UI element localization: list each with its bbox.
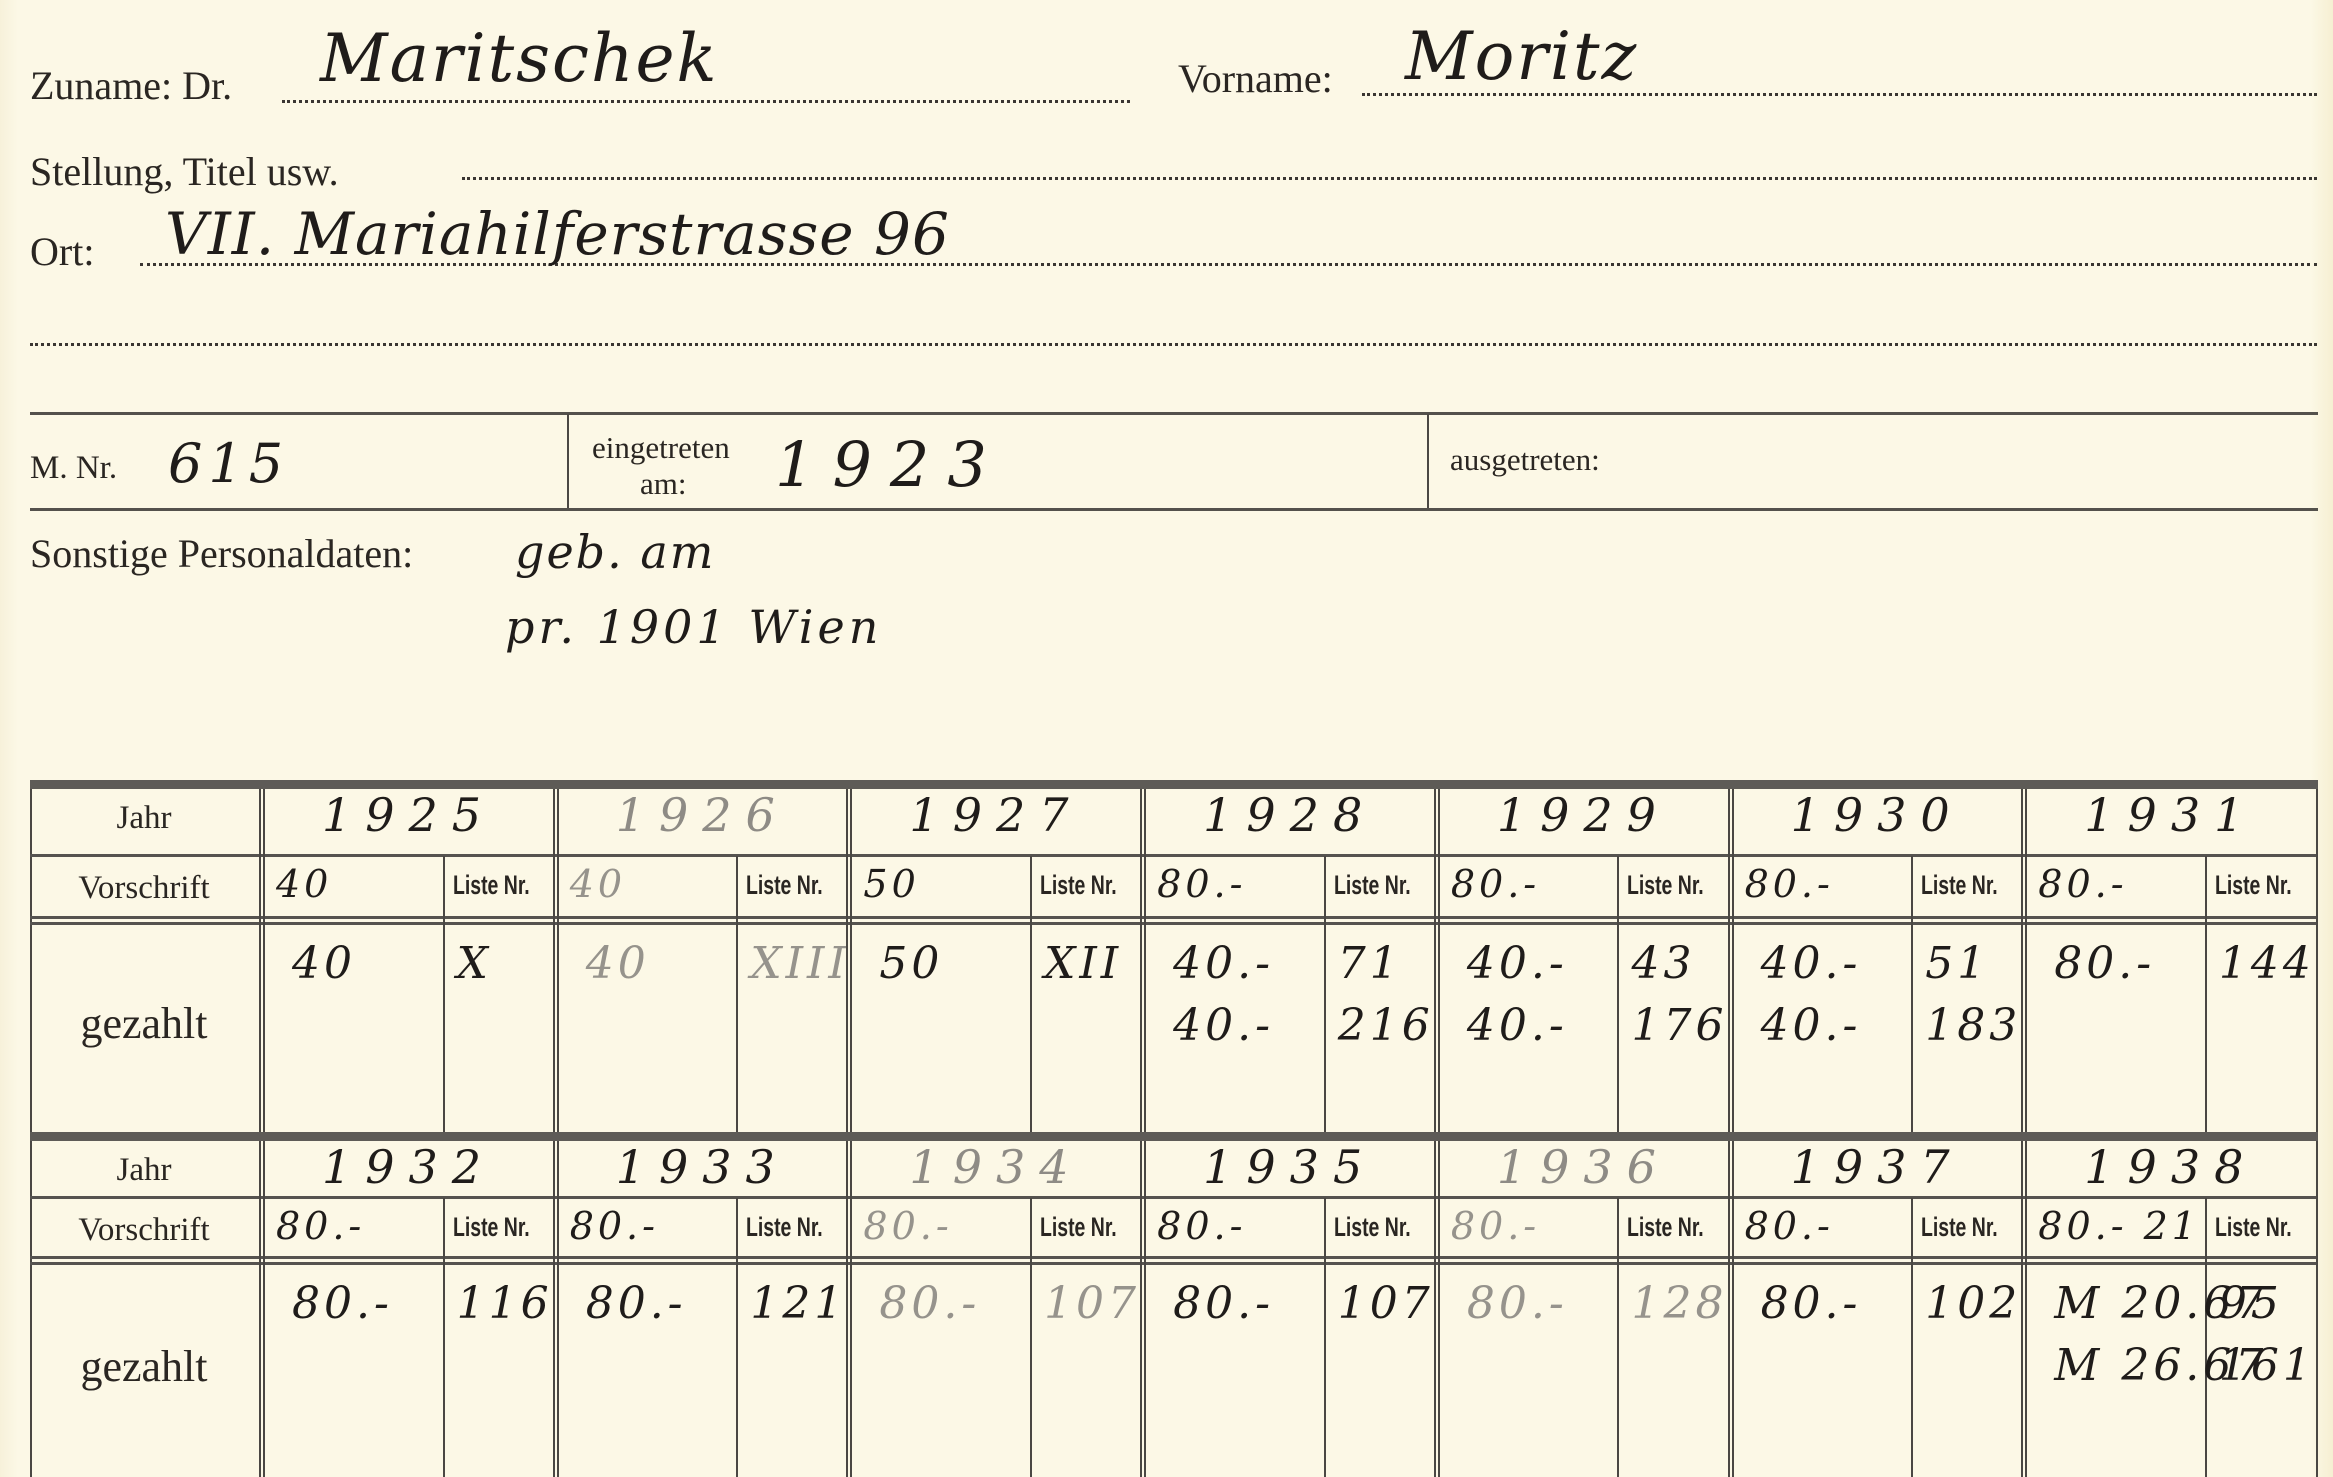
table-subcol-divider [1617,856,1619,1132]
list-no-value[interactable]: 51 [1925,938,1989,989]
table-subcol-divider [443,1198,445,1477]
member-no-label: M. Nr. [30,450,117,487]
list-no-header: Liste Nr. [1627,870,1704,901]
row-label-prescribed: Vorschrift [30,870,258,907]
table-col-divider [1434,1141,1440,1477]
joined-label: eingetreten [592,430,730,466]
table-subcol-divider [443,856,445,1132]
table-row-rule [30,1262,2318,1265]
list-no-value[interactable]: 216 [1338,1000,1434,1051]
prescribed-value[interactable]: 80.- [1157,1204,1246,1248]
table-right-border [2316,1141,2318,1477]
list-no-value[interactable]: 71 [1338,938,1402,989]
paid-value[interactable]: 80.- [586,1278,687,1329]
list-no-value[interactable]: XIII [750,938,849,989]
year-value[interactable]: 1927 [909,788,1082,842]
box-top-rule [30,412,2318,415]
table-subcol-divider [1030,1198,1032,1477]
year-value[interactable]: 1928 [1203,788,1376,842]
other-data-line2[interactable]: pr. 1901 Wien [505,600,882,654]
year-value[interactable]: 1938 [2084,1140,2257,1194]
table-col-divider [1728,1141,1734,1477]
place-label: Ort: [30,228,94,275]
table-col-divider [553,789,559,1132]
member-no-value[interactable]: 615 [168,432,289,495]
table-right-border [2316,789,2318,1132]
row-label-paid: gezahlt [30,1341,258,1392]
prescribed-value[interactable]: 80.- [1451,1204,1540,1248]
year-value[interactable]: 1934 [909,1140,1082,1194]
position-label: Stellung, Titel usw. [30,148,339,195]
blank-dotted-line [30,343,2317,346]
surname-value[interactable]: Maritschek [320,20,719,97]
year-value[interactable]: 1931 [2084,788,2257,842]
table-row-rule [30,916,2318,919]
table-row-rule [30,1256,2318,1259]
list-no-header: Liste Nr. [1040,1212,1117,1243]
table-col-divider [1140,1141,1146,1477]
table-col-divider [846,1141,852,1477]
year-value[interactable]: 1932 [322,1140,495,1194]
table-col-divider [846,789,852,1132]
list-no-value[interactable]: 95 [2219,1278,2283,1329]
list-no-value[interactable]: 116 [457,1278,553,1329]
paid-value[interactable]: 80.- [1761,1278,1862,1329]
table-subcol-divider [1911,1198,1913,1477]
position-dotted-line [462,177,2317,180]
list-no-value[interactable]: 107 [1338,1278,1434,1329]
paid-value[interactable]: 40.- [1467,938,1568,989]
list-no-value[interactable]: 43 [1631,938,1695,989]
table-row-rule [30,1196,2318,1199]
membership-index-card: Zuname: Dr. Maritschek Vorname: Moritz S… [0,0,2333,1477]
list-no-header: Liste Nr. [453,1212,530,1243]
paid-value[interactable]: 50 [879,938,943,989]
left-label: ausgetreten: [1450,442,1600,478]
row-label-paid: gezahlt [30,998,258,1049]
list-no-header: Liste Nr. [1921,1212,1998,1243]
joined-value[interactable]: 1923 [775,428,1005,501]
other-data-label: Sonstige Personaldaten: [30,530,413,577]
table-subcol-divider [1030,856,1032,1132]
paid-value[interactable]: 40.- [1761,938,1862,989]
paid-value[interactable]: 40.- [1173,938,1274,989]
table-subcol-divider [1324,856,1326,1132]
paid-value[interactable]: 40.- [1761,1000,1862,1051]
table-col-divider [1140,789,1146,1132]
prescribed-value[interactable]: 50 [863,862,919,906]
prescribed-value[interactable]: 80.- [1451,862,1540,906]
list-no-value[interactable]: 107 [1044,1278,1140,1329]
list-no-value[interactable]: 128 [1631,1278,1727,1329]
prescribed-value[interactable]: 80.- [1745,1204,1834,1248]
table-subcol-divider [736,1198,738,1477]
prescribed-value[interactable]: 80.- [276,1204,365,1248]
table-col-divider [1434,789,1440,1132]
list-no-header: Liste Nr. [746,870,823,901]
paid-value[interactable]: 80.- [1467,1278,1568,1329]
joined-label-am: am: [640,466,687,502]
list-no-header: Liste Nr. [453,870,530,901]
list-no-value[interactable]: 102 [1925,1278,2021,1329]
firstname-label: Vorname: [1178,55,1333,102]
box-bottom-rule [30,508,2318,511]
list-no-value[interactable]: 183 [1925,1000,2021,1051]
paid-value[interactable]: 40 [292,938,356,989]
year-value[interactable]: 1925 [322,788,495,842]
list-no-value[interactable]: 161 [2219,1340,2315,1391]
year-value[interactable]: 1929 [1497,788,1670,842]
box-divider [567,414,569,508]
list-no-header: Liste Nr. [1921,870,1998,901]
table-col-divider [2021,1141,2027,1477]
paid-value[interactable]: 80.- [1173,1278,1274,1329]
list-no-value[interactable]: 176 [1631,1000,1727,1051]
list-no-header: Liste Nr. [1040,870,1117,901]
row-label-prescribed: Vorschrift [30,1212,258,1249]
surname-label: Zuname: Dr. [30,62,232,109]
list-no-header: Liste Nr. [2215,1212,2292,1243]
year-value[interactable]: 1936 [1497,1140,1670,1194]
prescribed-value[interactable]: 80.- [1157,862,1246,906]
paid-value[interactable]: 40.- [1467,1000,1568,1051]
year-value[interactable]: 1937 [1791,1140,1964,1194]
prescribed-value[interactable]: 80.- [863,1204,952,1248]
list-no-header: Liste Nr. [1334,870,1411,901]
table-subcol-divider [1911,856,1913,1132]
prescribed-value[interactable]: 80.- [1745,862,1834,906]
paid-value[interactable]: 40.- [1173,1000,1274,1051]
table-col-divider [259,789,265,1132]
prescribed-value[interactable]: 40 [276,862,332,906]
list-no-header: Liste Nr. [1334,1212,1411,1243]
box-divider [1427,414,1429,508]
table-col-divider [553,1141,559,1477]
prescribed-value[interactable]: 80.- 21 [2038,1204,2200,1248]
table-subcol-divider [1617,1198,1619,1477]
prescribed-value[interactable]: 40 [570,862,626,906]
year-value[interactable]: 1935 [1203,1140,1376,1194]
list-no-value[interactable]: X [457,938,492,989]
table-subcol-divider [2205,1198,2207,1477]
paid-value[interactable]: 80.- [879,1278,980,1329]
other-data-line1[interactable]: geb. am [515,525,715,579]
list-no-value[interactable]: XII [1044,938,1122,989]
row-label-year: Jahr [30,1152,258,1189]
table-subcol-divider [2205,856,2207,1132]
table-subcol-divider [1324,1198,1326,1477]
year-value[interactable]: 1926 [616,788,789,842]
table-row-rule [30,922,2318,925]
prescribed-value[interactable]: 80.- [570,1204,659,1248]
firstname-value[interactable]: Moritz [1405,18,1638,95]
dues-table: JahrVorschriftgezahlt192540Liste Nr.40X1… [30,780,2318,1477]
prescribed-value[interactable]: 80.- [2038,862,2127,906]
list-no-value[interactable]: 144 [2219,938,2315,989]
list-no-header: Liste Nr. [1627,1212,1704,1243]
year-value[interactable]: 1930 [1791,788,1964,842]
list-no-header: Liste Nr. [746,1212,823,1243]
table-subcol-divider [736,856,738,1132]
list-no-header: Liste Nr. [2215,870,2292,901]
table-col-divider [259,1141,265,1477]
paid-value[interactable]: 80.- [292,1278,393,1329]
table-col-divider [2021,789,2027,1132]
surname-dotted-line [282,100,1130,103]
paid-value[interactable]: 80.- [2054,938,2155,989]
row-label-year: Jahr [30,800,258,837]
list-no-value[interactable]: 121 [750,1278,846,1329]
place-value[interactable]: VII. Mariahilferstrasse 96 [165,200,950,268]
table-col-divider [1728,789,1734,1132]
table-row-rule [30,854,2318,857]
year-value[interactable]: 1933 [616,1140,789,1194]
paid-value[interactable]: 40 [586,938,650,989]
